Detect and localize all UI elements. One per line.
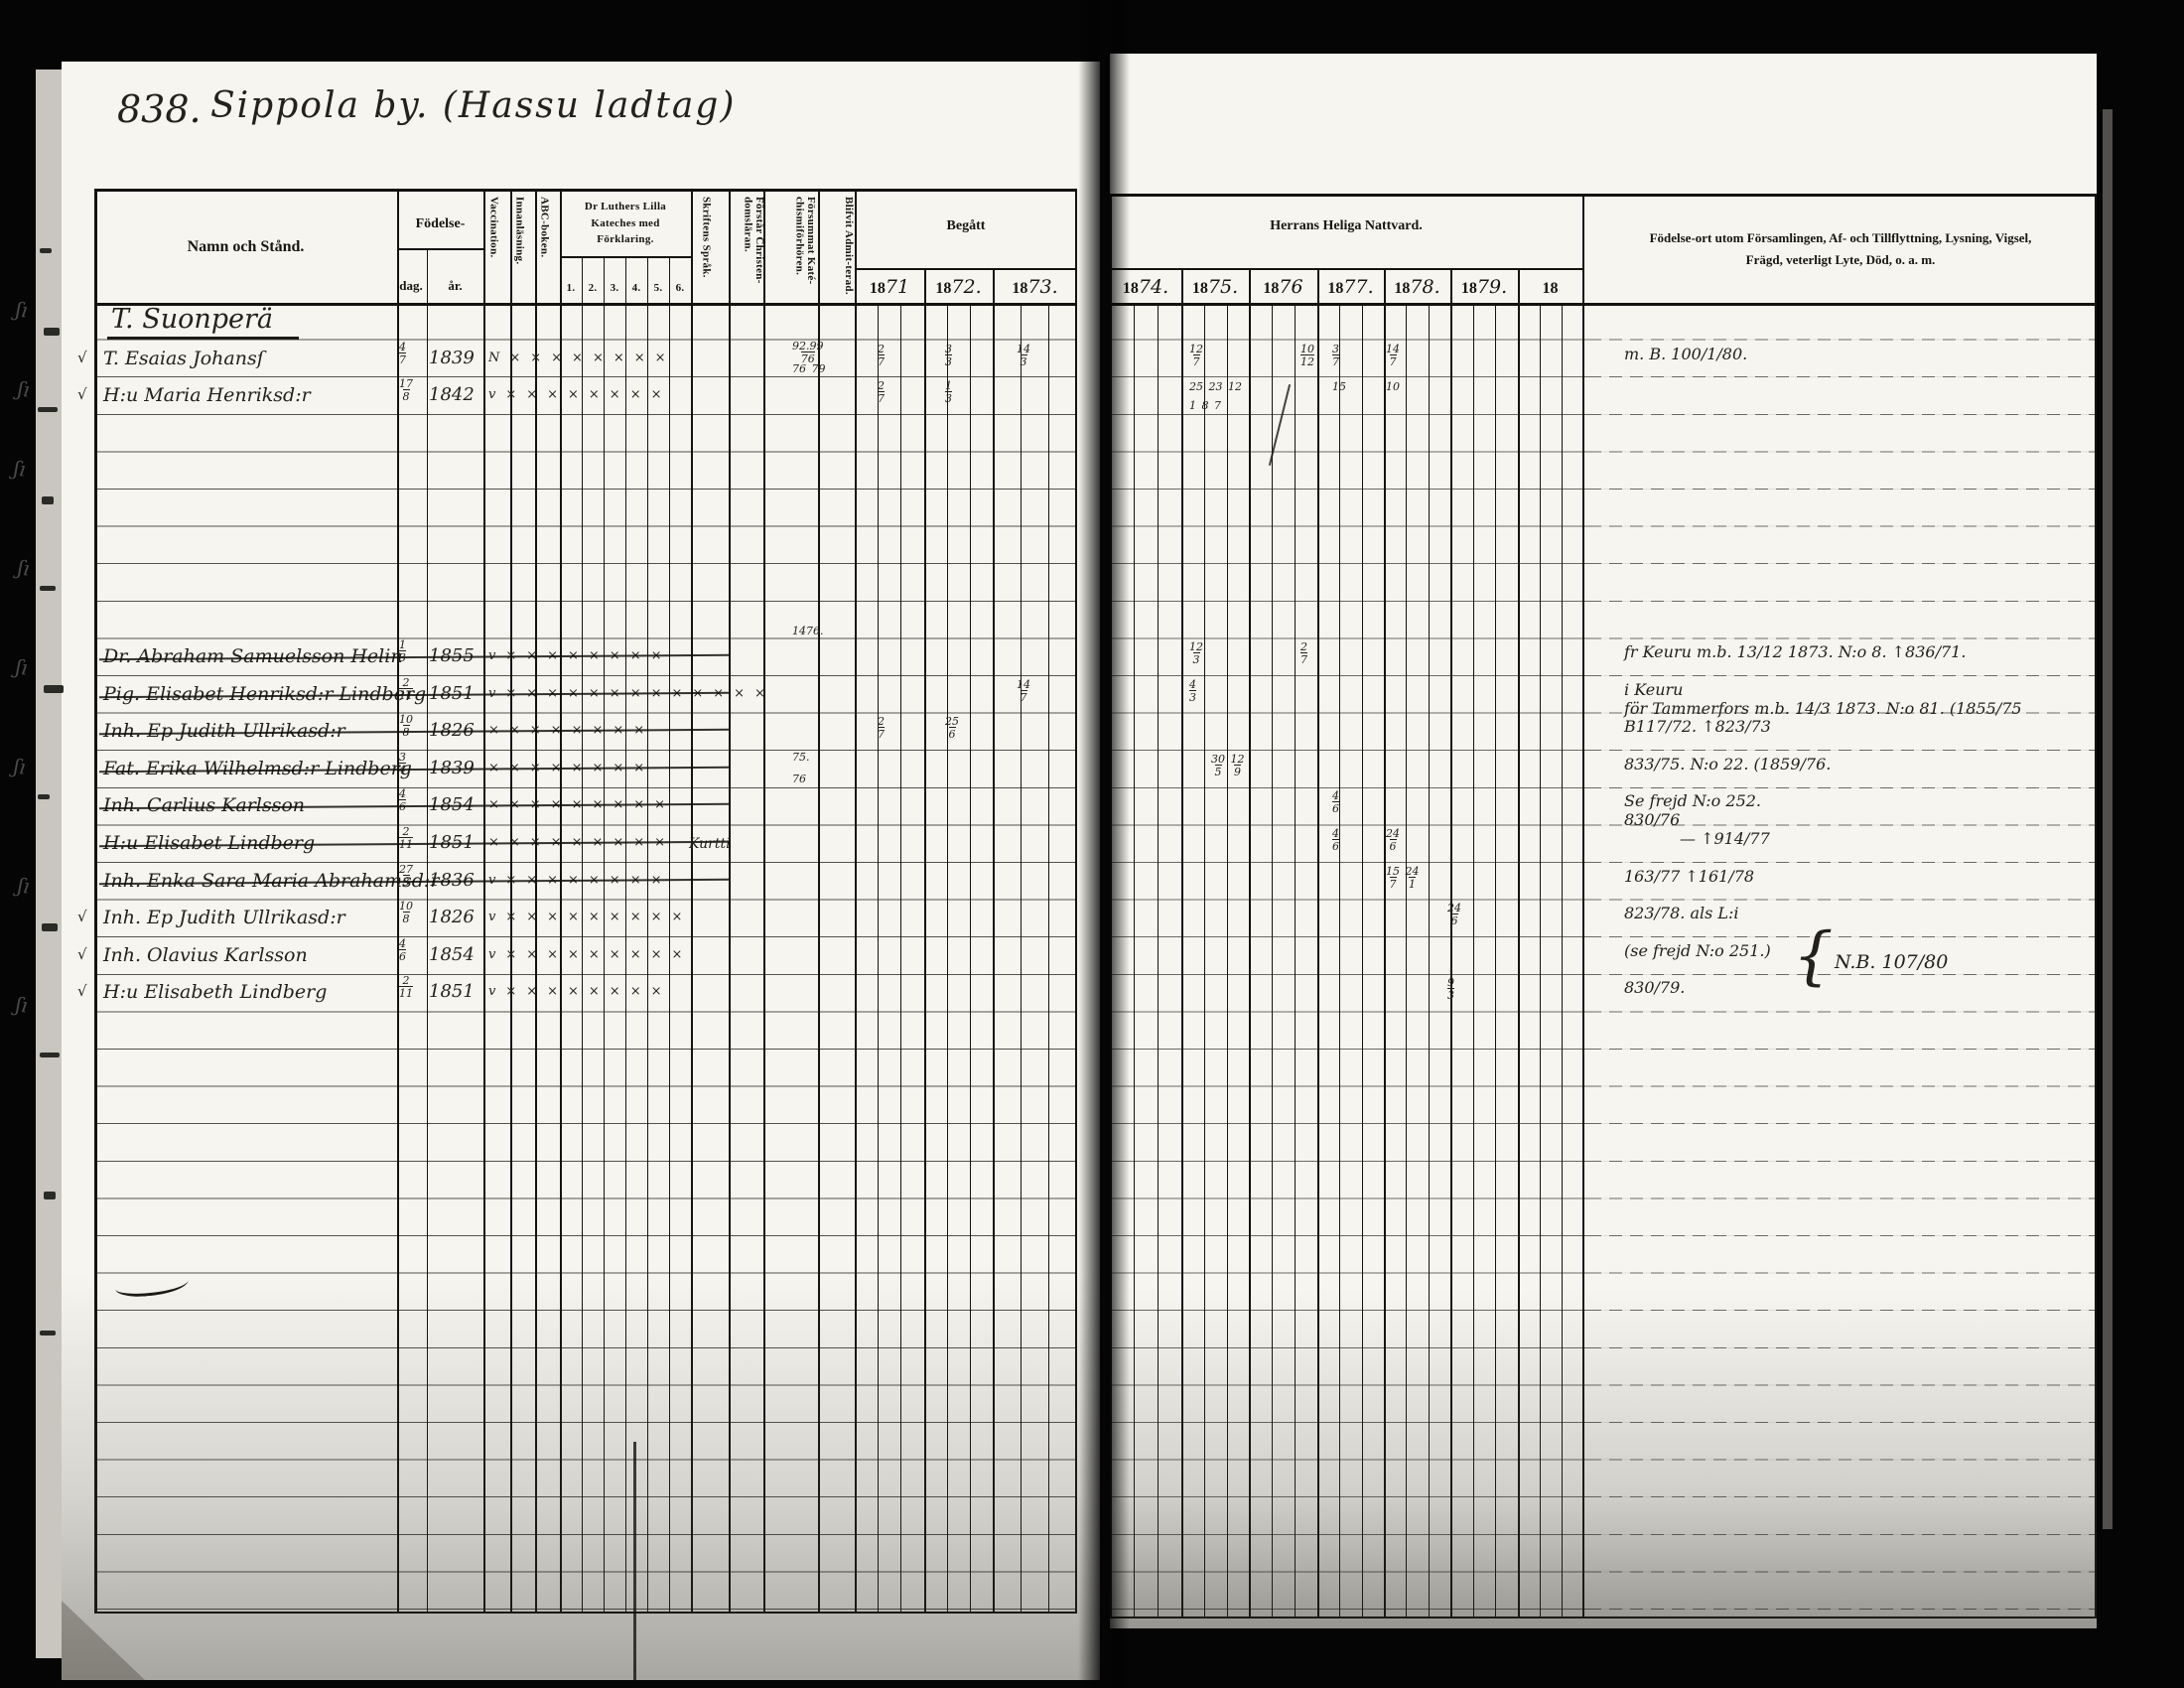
fraction-denominator: 7	[399, 352, 406, 365]
entry-cell-r77: 46	[1332, 790, 1339, 814]
col-header-understands-doctrine: Förstår Christen-domsläran.	[733, 197, 764, 302]
entry-check-mark: √	[77, 982, 87, 1000]
fraction-denominator: 6	[399, 949, 406, 962]
grid-line	[560, 256, 691, 258]
col-header-birth: Födelse-	[397, 216, 483, 232]
fraction-numerator: 92.99	[792, 341, 824, 352]
entry-cell-r77: 46	[1332, 828, 1339, 852]
fraction-numerator: 10	[399, 901, 413, 912]
fraction-value: 46	[399, 788, 406, 812]
fraction-value: 27	[1300, 641, 1307, 665]
margin-scribble: ʃı	[16, 555, 31, 580]
entry-cell-r78: 246	[1386, 828, 1400, 852]
margin-scribble: ʃı	[14, 297, 29, 322]
entry-remark-note: 830/79.	[1624, 978, 1685, 997]
fraction-numerator: 1	[945, 380, 952, 391]
fraction-numerator: 12	[1231, 754, 1245, 765]
fraction-value: 241	[1406, 866, 1420, 890]
book-gutter-shadow	[1078, 0, 1130, 1688]
grid-line	[1362, 303, 1363, 1618]
year-label-1879: 1879.	[1450, 276, 1518, 298]
year-suffix: 79.	[1477, 276, 1507, 298]
crease-line	[633, 1442, 636, 1680]
grid-line	[993, 268, 995, 1614]
entry-remark-note: för Tammerfors m.b. 14/3 1873. N:o 81. (…	[1624, 699, 2022, 718]
edge-smudge	[38, 794, 50, 799]
fraction-denominator: 7	[1300, 652, 1307, 665]
fraction-numerator: 4	[399, 788, 406, 799]
fraction-numerator: 12	[1189, 641, 1203, 652]
fraction-numerator: 24	[1406, 866, 1420, 877]
fraction-denominator: 3	[1447, 988, 1454, 1001]
fraction-denominator: 3	[1021, 354, 1027, 367]
book-edge-strip	[36, 70, 62, 1658]
grid-line	[94, 189, 1077, 192]
fraction-denominator: 7	[1390, 354, 1397, 367]
grid-line	[1249, 268, 1251, 1618]
entry-progress-marks: v××××××××	[488, 984, 672, 999]
fraction-numerator: 3	[1332, 344, 1339, 354]
fraction-numerator: 10	[399, 714, 413, 725]
grid-line	[1450, 268, 1452, 1618]
fraction-value: 27	[878, 716, 885, 740]
fraction-numerator: 15	[1386, 866, 1400, 877]
fraction-value: 47	[399, 342, 406, 365]
page-stack-edge	[2103, 109, 2113, 1529]
fraction-denominator: 7	[1021, 690, 1027, 703]
fraction-denominator: 7	[878, 391, 885, 404]
fraction-denominator: 7	[1390, 877, 1397, 890]
year-prefix: 18	[1263, 280, 1279, 297]
fraction-numerator: 4	[1332, 828, 1339, 839]
page-number: 838.	[117, 87, 202, 131]
entry-birth-day: 46	[399, 938, 406, 962]
entry-cell-skr2: 76 79	[792, 362, 826, 375]
fraction-value: 13	[945, 380, 952, 404]
fraction-value: 127	[1189, 344, 1203, 367]
margin-scribble: ʃı	[16, 873, 31, 898]
fraction-numerator: 2	[403, 975, 410, 986]
fraction-denominator: 6	[1332, 839, 1339, 852]
fraction-numerator: 14	[1017, 344, 1030, 354]
year-prefix: 18	[1012, 280, 1027, 297]
entry-cell-skr2: 76	[792, 773, 806, 785]
grid-line	[1295, 303, 1296, 1618]
entry-birth-year: 1854	[429, 944, 475, 965]
entry-cell-c73: 143	[1017, 344, 1030, 367]
col-header-catechism-3: 3.	[604, 282, 625, 294]
fraction-denominator: 8	[403, 389, 410, 402]
fraction-denominator: 3	[1193, 652, 1200, 665]
grid-line	[691, 189, 693, 1614]
fraction-value: 108	[399, 714, 413, 738]
entry-cell-r77: 15	[1332, 380, 1346, 393]
entry-cell-r79: 246	[1447, 903, 1461, 926]
grid-line	[1110, 303, 2097, 306]
fraction-denominator: 7	[1193, 354, 1200, 367]
entry-cell-r78: 10	[1386, 380, 1400, 393]
fraction-numerator: 25	[945, 716, 959, 727]
entry-birth-year: 1851	[429, 981, 475, 1002]
fraction-numerator: 2	[403, 677, 410, 688]
entry-birth-year: 1839	[429, 348, 475, 368]
grid-line	[1406, 303, 1407, 1618]
entry-cell-skr: 92.9976	[792, 341, 824, 364]
fraction-value: 123	[1189, 641, 1203, 665]
fraction-value: 93	[1447, 977, 1454, 1001]
entry-birth-day: 211	[399, 826, 413, 850]
edge-smudge	[44, 685, 64, 693]
entry-cell-c72: 13	[945, 380, 952, 404]
entry-cell-c71: 27	[878, 716, 885, 740]
entry-birth-day: 13	[399, 639, 406, 663]
grid-line	[1110, 194, 2097, 197]
grid-line	[1562, 303, 1563, 1618]
fraction-numerator: 9	[1447, 977, 1454, 988]
fraction-value: 305	[1211, 754, 1225, 777]
fraction-value: 246	[1386, 828, 1400, 852]
fraction-denominator: 6	[1332, 801, 1339, 814]
year-suffix: 78.	[1410, 276, 1439, 298]
entry-name: Inh. Ep Judith Ullrikasd:r	[103, 907, 345, 928]
fraction-numerator: 3	[399, 752, 406, 763]
col-header-neglected-catechism: Försummat Katé-chismiförhören.	[768, 197, 816, 302]
year-suffix: 72.	[951, 276, 981, 298]
grid-line	[970, 303, 971, 1614]
grid-line	[1384, 268, 1386, 1618]
col-header-catechism-1: 1.	[560, 282, 582, 294]
margin-scribble: ʃı	[14, 654, 29, 679]
edge-smudge	[44, 1192, 56, 1199]
year-suffix: 77.	[1343, 276, 1373, 298]
grid-line	[1227, 303, 1228, 1618]
grid-line	[582, 256, 583, 1614]
entry-birth-day: 46	[399, 788, 406, 812]
fraction-value: 33	[945, 344, 952, 367]
fraction-value: 246	[1447, 903, 1461, 926]
fraction-denominator: 8	[403, 912, 410, 924]
entry-progress-marks: N××××××××	[488, 351, 676, 365]
col-header-birth-day: dag.	[395, 278, 427, 294]
year-label-1875: 1875.	[1181, 276, 1249, 298]
grid-line	[1518, 268, 1520, 1618]
entry-cell-r74: 127	[1189, 344, 1203, 367]
curly-brace-mark: {	[1793, 919, 1834, 993]
entry-birth-day: 47	[399, 342, 406, 365]
fraction-value: 46	[1332, 790, 1339, 814]
fraction-numerator: 24	[1447, 903, 1461, 914]
entry-remark-note: 830/76	[1624, 810, 1680, 829]
fraction-numerator: 10	[1300, 344, 1314, 354]
fraction-numerator: 3	[945, 344, 952, 354]
entry-check-mark: √	[77, 385, 87, 403]
fraction-denominator: 3	[945, 391, 952, 404]
entry-remark-note: fr Keuru m.b. 13/12 1873. N:o 8. ↑836/71…	[1624, 642, 1966, 661]
grid-line	[1181, 268, 1183, 1618]
fraction-numerator: 30	[1211, 754, 1225, 765]
entry-cell-r78: 147	[1386, 344, 1400, 367]
grid-line	[855, 189, 857, 1614]
col-header-begatt: Begått	[855, 218, 1077, 234]
year-prefix: 18	[1461, 280, 1477, 297]
entry-birth-day: 108	[399, 714, 413, 738]
fraction-value: 211	[399, 677, 413, 701]
grid-line	[1048, 303, 1049, 1614]
grid-line	[94, 1612, 1077, 1614]
entry-name: Inh. Olavius Karlsson	[103, 944, 308, 966]
grid-line	[560, 189, 562, 1614]
grid-line	[1473, 303, 1474, 1618]
entry-remark-note: — ↑914/77	[1680, 829, 1770, 848]
grid-line	[1075, 189, 1077, 1614]
entry-cell-r74: 123	[1189, 641, 1203, 665]
entry-name: H:u Maria Henriksd:r	[103, 384, 311, 406]
grid-line	[1110, 268, 1582, 270]
entry-name: H:u Elisabeth Lindberg	[103, 981, 327, 1003]
edge-smudge	[42, 496, 54, 504]
entry-birth-year: 1826	[429, 907, 475, 927]
grid-line	[510, 189, 512, 1614]
fraction-numerator: 1	[399, 639, 406, 650]
grid-line	[535, 189, 537, 1614]
entry-remark-note: Se frejd N:o 252.	[1624, 791, 1761, 810]
col-header-abc-book: ABC-boken.	[538, 197, 550, 302]
fraction-numerator: 4	[399, 938, 406, 949]
year-prefix: 18	[935, 280, 951, 297]
col-header-name: Namn och Stånd.	[94, 238, 397, 256]
grid-line	[1158, 303, 1159, 1618]
year-suffix: 75.	[1208, 276, 1238, 298]
fraction-denominator: 3	[945, 354, 952, 367]
entry-cell-skr: 75.	[792, 751, 810, 764]
grid-line	[427, 248, 428, 1614]
entry-progress-marks: v×××××××××	[488, 910, 692, 924]
fraction-numerator: 14	[1017, 679, 1030, 690]
fraction-numerator: 27	[399, 864, 413, 875]
col-header-catechism-6: 6.	[669, 282, 691, 294]
grid-line	[604, 256, 605, 1614]
entry-cell-c72: 33	[945, 344, 952, 367]
col-header-catechism-2: 2.	[582, 282, 604, 294]
year-suffix: 76	[1279, 276, 1302, 298]
year-prefix: 18	[1327, 280, 1343, 297]
fraction-numerator: 4	[1332, 790, 1339, 801]
fraction-numerator: 14	[1386, 344, 1400, 354]
year-label-1876: 1876	[1249, 276, 1317, 298]
edge-smudge	[38, 407, 58, 412]
entry-cell-c73: 147	[1017, 679, 1030, 703]
fraction-value: 147	[1017, 679, 1030, 703]
year-prefix: 18	[870, 280, 886, 297]
edge-smudge	[40, 248, 52, 253]
entry-cell-r75: 305 129	[1211, 754, 1245, 777]
entry-birth-day: 273	[399, 864, 413, 888]
entry-cell-c72: 256	[945, 716, 959, 740]
entry-remark-note: B117/72. ↑823/73	[1624, 717, 1771, 736]
year-prefix: 18	[1192, 280, 1208, 297]
grid-line	[94, 189, 97, 1614]
edge-smudge	[44, 328, 60, 336]
grid-line	[483, 189, 485, 1614]
entry-cell-r79: 93	[1447, 977, 1454, 1001]
fraction-denominator: 6	[949, 727, 956, 740]
edge-smudge	[40, 586, 56, 591]
grid-line	[1495, 303, 1496, 1618]
remarks-header-line1: Födelse-ort utom Församlingen, Af- och T…	[1592, 230, 2089, 246]
entry-cell-r76: 27	[1300, 641, 1307, 665]
fraction-value: 143	[1017, 344, 1030, 367]
entry-check-mark: √	[77, 908, 87, 925]
entry-cell-c71: 27	[878, 344, 885, 367]
grid-line	[1110, 1617, 2097, 1618]
fraction-denominator: 1	[1409, 877, 1416, 890]
grid-line	[2095, 194, 2097, 1618]
scanned-parish-register: 838. Sippola by. (Hassu ladtag) Namn och…	[0, 0, 2184, 1688]
entry-cell-r78: 157 241	[1386, 866, 1420, 890]
col-header-vaccination: Vaccination.	[487, 197, 499, 302]
grid-line	[1339, 303, 1340, 1618]
entry-cell-r77: 37	[1332, 344, 1339, 367]
grid-line	[625, 256, 626, 1614]
entry-remark-note: m. B. 100/1/80.	[1624, 345, 1747, 363]
grid-line	[1134, 303, 1135, 1618]
fraction-numerator: 2	[878, 716, 885, 727]
remarks-header-line2: Frägd, veterligt Lyte, Död, o. a. m.	[1592, 252, 2089, 268]
fraction-numerator: 4	[1189, 679, 1196, 690]
fraction-value: 108	[399, 901, 413, 924]
edge-smudge	[40, 1331, 56, 1336]
entry-birth-day: 108	[399, 901, 413, 924]
fraction-numerator: 17	[399, 378, 413, 389]
fraction-numerator: 2	[403, 826, 410, 837]
entry-birth-year: 1842	[429, 384, 475, 405]
grid-line	[1429, 303, 1430, 1618]
grid-line	[729, 189, 731, 1614]
grid-line	[1021, 303, 1022, 1614]
fraction-numerator: 2	[878, 344, 885, 354]
village-group-header: T. Suonperä	[107, 304, 299, 340]
page-title: Sippola by. (Hassu ladtag)	[210, 85, 736, 126]
grid-line	[900, 303, 901, 1614]
fraction-value: 37	[1332, 344, 1339, 367]
col-header-birth-year: år.	[429, 278, 481, 294]
fraction-value: 46	[1332, 828, 1339, 852]
grid-line	[1582, 194, 1584, 1618]
year-prefix: 18	[1543, 280, 1559, 297]
year-label-1871: 1871	[855, 276, 924, 298]
col-header-scripture-language: Skriftens Språk.	[700, 197, 712, 302]
grid-line	[818, 189, 820, 1614]
fraction-denominator: 11	[399, 986, 413, 999]
year-suffix: 71	[886, 276, 909, 298]
fraction-value: 178	[399, 378, 413, 402]
fraction-value: 13	[399, 639, 406, 663]
entry-progress-marks: v××××××××	[488, 387, 672, 402]
fraction-denominator: 7	[878, 727, 885, 740]
entry-name: T. Esaias Johansſ	[103, 348, 264, 369]
entry-remark-note: 833/75. N:o 22. (1859/76.	[1624, 755, 1831, 774]
nb-annotation: N.B. 107/80	[1835, 951, 1948, 973]
entry-remark-note: (se frejd N:o 251.)	[1624, 941, 1771, 960]
grid-line	[1272, 303, 1273, 1618]
fraction-numerator: 2	[878, 380, 885, 391]
entry-birth-day: 178	[399, 378, 413, 402]
entry-cell-fors: 1476.	[792, 625, 824, 637]
margin-scribble: ʃı	[16, 376, 31, 401]
entry-remark-note: i Keuru	[1624, 680, 1683, 699]
edge-smudge	[40, 1053, 60, 1057]
year-suffix: 74.	[1139, 276, 1168, 298]
entry-birth-day: 34	[399, 752, 406, 775]
fraction-value: 211	[399, 975, 413, 999]
entry-cell-r74: 43	[1189, 679, 1196, 703]
year-suffix: 73.	[1027, 276, 1057, 298]
entry-check-mark: √	[77, 945, 87, 963]
fraction-value: 27	[878, 344, 885, 367]
fraction-value: 43	[1189, 679, 1196, 703]
entry-cell-r74b: 1 8 7	[1189, 399, 1221, 412]
year-prefix: 18	[1394, 280, 1410, 297]
fraction-denominator: 6	[1390, 839, 1397, 852]
fraction-value: 157	[1386, 866, 1400, 890]
col-header-reading: Innanläsning.	[513, 197, 525, 302]
entry-check-mark: √	[77, 349, 87, 366]
col-header-admitted: Blifvit Admit-terad.	[822, 197, 854, 302]
entry-birth-day: 211	[399, 975, 413, 999]
edge-smudge	[42, 923, 58, 931]
grid-line	[855, 268, 1075, 270]
grid-line	[1540, 303, 1541, 1618]
fraction-denominator: 6	[1451, 914, 1458, 926]
fraction-denominator: 7	[878, 354, 885, 367]
fraction-numerator: 24	[1386, 828, 1400, 839]
year-label-1877: 1877.	[1317, 276, 1384, 298]
margin-scribble: ʃı	[12, 456, 27, 481]
entry-birth-day: 211	[399, 677, 413, 701]
fraction-value: 1012	[1300, 344, 1314, 367]
fraction-value: 92.9976	[792, 341, 824, 364]
entry-cell-c71: 27	[878, 380, 885, 404]
fraction-value: 27	[878, 380, 885, 404]
col-header-catechism-4: 4.	[625, 282, 647, 294]
fraction-numerator: 4	[399, 342, 406, 352]
grid-line	[878, 303, 879, 1614]
entry-remark-note: 163/77 ↑161/78	[1624, 867, 1754, 886]
entry-progress-marks: v×××××××××	[488, 947, 692, 962]
fraction-numerator: 2	[1300, 641, 1307, 652]
grid-line	[1317, 268, 1319, 1618]
fraction-denominator: 12	[1300, 354, 1314, 367]
year-label-1878: 1878.	[1384, 276, 1450, 298]
fraction-value: 34	[399, 752, 406, 775]
grid-line	[763, 189, 765, 1614]
fraction-value: 147	[1386, 344, 1400, 367]
fraction-value: 46	[399, 938, 406, 962]
year-label-1873: 1873.	[993, 276, 1077, 298]
grid-line	[947, 303, 948, 1614]
fraction-denominator: 9	[1234, 765, 1241, 777]
fraction-denominator: 3	[1189, 690, 1196, 703]
grid-line	[397, 248, 483, 250]
fraction-numerator: 12	[1189, 344, 1203, 354]
col-header-catechism: Dr Luthers Lilla Kateches med Förklaring…	[562, 199, 689, 248]
fraction-denominator: 7	[1332, 354, 1339, 367]
entry-cell-r76: 1012	[1300, 344, 1314, 367]
entry-remark-note: 823/78. als L:i	[1624, 904, 1739, 922]
year-label-1872: 1872.	[924, 276, 993, 298]
grid-line	[647, 256, 648, 1614]
col-header-communion: Herrans Heliga Nattvard.	[1110, 218, 1582, 234]
